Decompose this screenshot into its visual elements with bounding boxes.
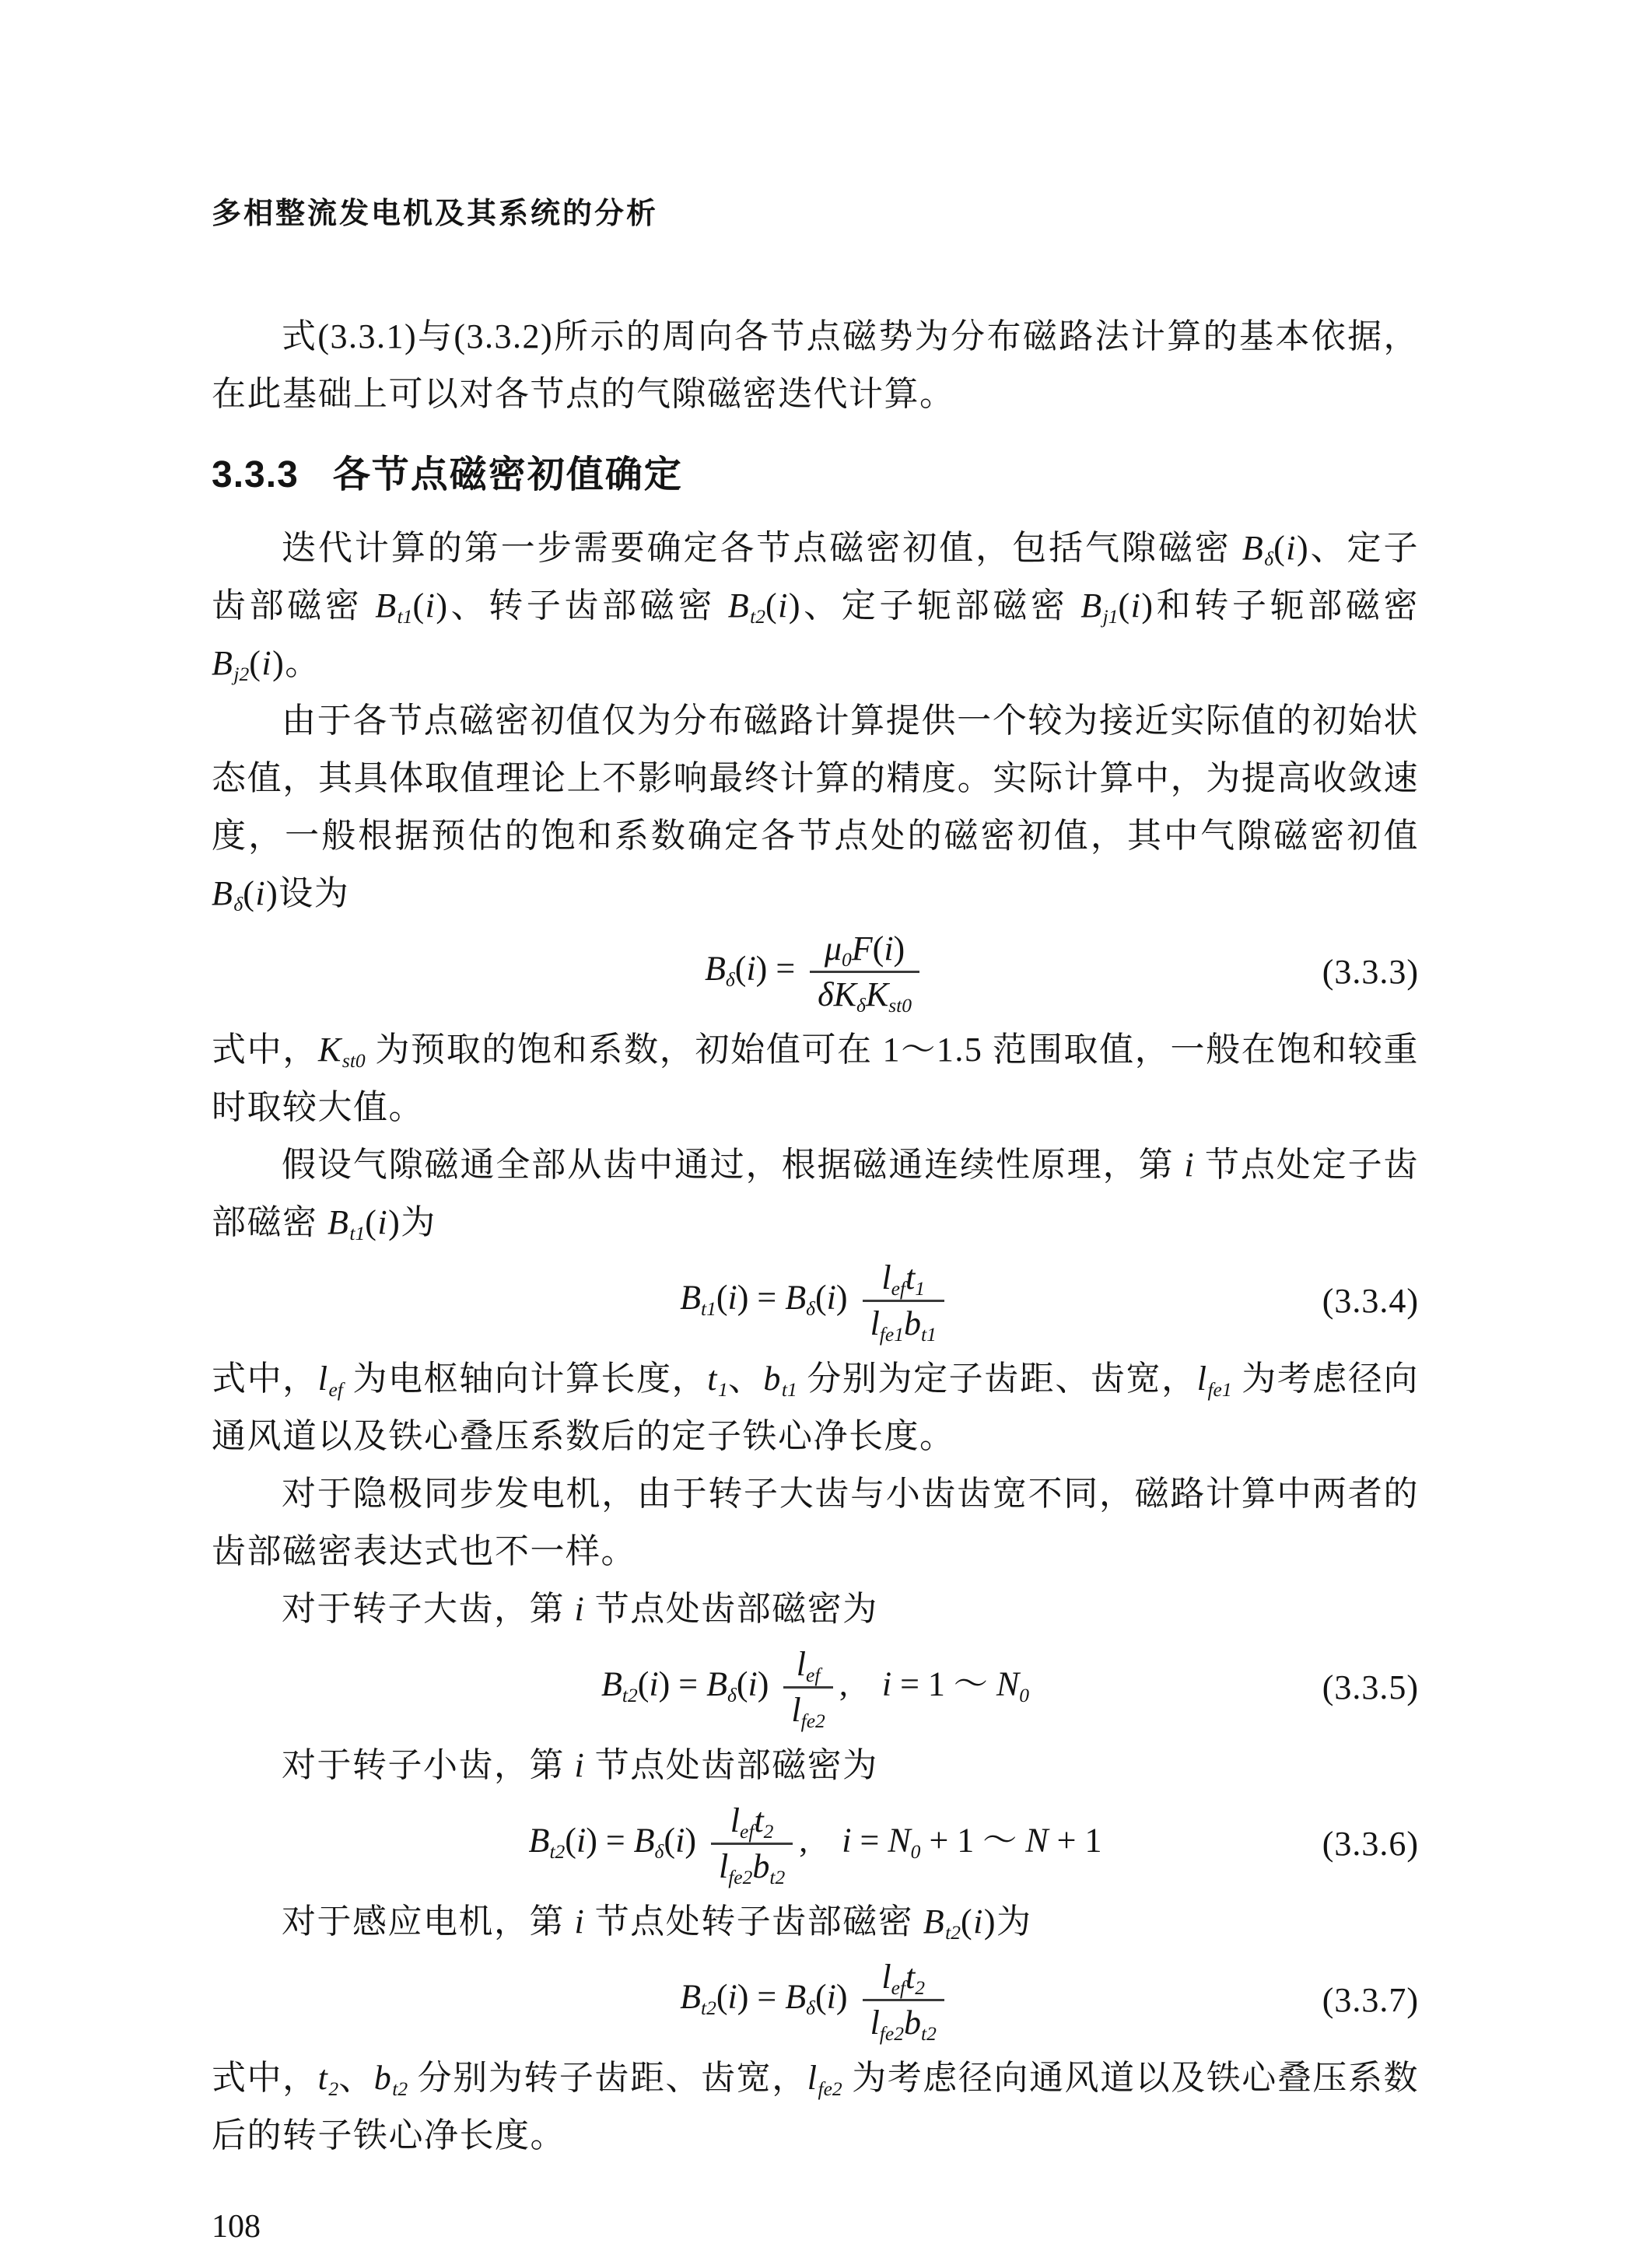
math-subscript: t2 [622, 1684, 638, 1706]
math-subscript: δ [1264, 548, 1273, 570]
math-variable: i [884, 929, 893, 968]
math-variable: B [680, 1978, 701, 2016]
fraction-numerator: μ0F(i) [817, 927, 912, 971]
math-variable: B [728, 586, 750, 625]
math-variable: l [870, 2004, 880, 2042]
math-subscript: fe2 [818, 2077, 842, 2100]
paragraph: 对于转子大齿，第 i 节点处齿部磁密为 [212, 1580, 1419, 1638]
math-variable: K [866, 975, 888, 1013]
equation-number: (3.3.4) [1322, 1279, 1419, 1323]
equation-number: (3.3.5) [1322, 1666, 1419, 1710]
equation-number: (3.3.7) [1322, 1979, 1419, 2022]
fraction-numerator: left2 [874, 1955, 933, 1999]
math-variable: i [649, 1665, 658, 1703]
math-subscript: ef [328, 1378, 342, 1401]
section-heading: 3.3.3各节点磁密初值确定 [212, 451, 1419, 499]
math-variable: i [728, 1978, 737, 2016]
math-variable: i [575, 1590, 586, 1628]
equation-formula: Bt2(i) = Bδ(i) left2lfe2bt2 [680, 1955, 951, 2045]
math-subscript: st0 [888, 994, 912, 1017]
math-subscript: t1 [349, 1222, 365, 1244]
math-variable: B [785, 1978, 806, 2016]
math-subscript: fe1 [880, 1323, 904, 1346]
equation-formula: Bδ(i) = μ0F(i)δKδKst0 [705, 927, 926, 1017]
math-variable: i [1286, 529, 1297, 567]
paragraph: 式(3.3.1)与(3.3.2)所示的周向各节点磁势为分布磁路法计算的基本依据，… [212, 308, 1419, 423]
math-subscript: t1 [782, 1378, 797, 1401]
math-subscript: t1 [397, 605, 413, 628]
page-number: 108 [212, 2208, 1419, 2245]
math-subscript: δ [233, 893, 243, 915]
math-variable: i [261, 644, 272, 682]
running-head-title: 多相整流发电机及其系统的分析 [212, 189, 1419, 232]
math-variable: N [996, 1665, 1019, 1703]
equation: Bδ(i) = μ0F(i)δKδKst0(3.3.3) [212, 927, 1419, 1017]
math-subscript: δ [856, 994, 866, 1017]
paragraph: 式中，lef 为电枢轴向计算长度，t1、bt1 分别为定子齿距、齿宽，lfe1 … [212, 1350, 1419, 1465]
math-variable: i [973, 1902, 984, 1941]
equation: Bt2(i) = Bδ(i) left2lfe2bt2, i = N0 + 1 … [212, 1799, 1419, 1888]
math-subscript: fe2 [728, 1866, 752, 1888]
fraction-denominator: lfe2 [783, 1686, 832, 1732]
math-variable: B [705, 950, 726, 988]
fraction: leflfe2 [783, 1643, 832, 1732]
math-variable: B [601, 1665, 622, 1703]
math-subscript: t2 [769, 1866, 785, 1888]
math-subscript: 0 [842, 948, 852, 971]
equation-number: (3.3.3) [1322, 950, 1419, 994]
math-subscript: δ [806, 1297, 815, 1320]
math-subscript: j2 [233, 663, 249, 685]
math-subscript: t2 [750, 605, 765, 628]
math-variable: B [785, 1279, 806, 1317]
math-variable: l [730, 1801, 740, 1839]
math-variable: B [923, 1902, 945, 1941]
math-variable: b [763, 1360, 782, 1398]
math-variable: B [634, 1822, 655, 1860]
math-variable: i [882, 1665, 891, 1703]
math-variable: i [377, 1203, 388, 1241]
math-variable: l [797, 1645, 806, 1683]
math-variable: N [1025, 1822, 1048, 1860]
math-variable: i [728, 1279, 737, 1317]
math-subscript: fe2 [801, 1710, 825, 1732]
fraction-numerator: left1 [874, 1256, 933, 1300]
math-variable: t [707, 1360, 718, 1398]
math-subscript: 2 [764, 1820, 774, 1843]
math-subscript: j1 [1103, 605, 1119, 628]
math-variable: b [752, 1847, 769, 1885]
math-variable: i [1131, 586, 1142, 625]
math-subscript: δ [726, 968, 735, 991]
fraction: μ0F(i)δKδKst0 [810, 927, 919, 1017]
paragraph: 对于感应电机，第 i 节点处转子齿部磁密 Bt2(i)为 [212, 1893, 1419, 1951]
fraction: left2lfe2bt2 [863, 1955, 944, 2045]
math-subscript: 1 [915, 1277, 925, 1300]
math-variable: l [719, 1847, 728, 1885]
math-subscript: ef [806, 1664, 820, 1686]
math-variable: B [327, 1203, 349, 1241]
math-subscript: ef [891, 1277, 905, 1300]
math-variable: B [1080, 586, 1102, 625]
math-subscript: t1 [921, 1323, 937, 1346]
math-variable: i [255, 874, 266, 912]
equation-formula: Bt1(i) = Bδ(i) left1lfe1bt1 [680, 1256, 951, 1346]
math-subscript: 2 [328, 2077, 338, 2100]
math-subscript: δ [806, 1997, 815, 2019]
math-variable: B [375, 586, 397, 625]
math-variable: t [905, 1958, 915, 1996]
math-subscript: fe1 [1207, 1378, 1231, 1401]
paragraph: 假设气隙磁通全部从齿中通过，根据磁通连续性原理，第 i 节点处定子齿部磁密 Bt… [212, 1136, 1419, 1251]
math-variable: t [905, 1258, 915, 1297]
math-subscript: ef [740, 1820, 754, 1843]
paragraph: 迭代计算的第一步需要确定各节点磁密初值，包括气隙磁密 Bδ(i)、定子齿部磁密 … [212, 520, 1419, 692]
section-title: 各节点磁密初值确定 [333, 454, 683, 495]
equation: Bt2(i) = Bδ(i) leflfe2, i = 1 ～ N0(3.3.5… [212, 1643, 1419, 1732]
math-variable: B [680, 1279, 701, 1317]
book-page: 多相整流发电机及其系统的分析 式(3.3.1)与(3.3.2)所示的周向各节点磁… [0, 0, 1625, 2268]
math-subscript: 0 [911, 1840, 921, 1863]
equation: Bt2(i) = Bδ(i) left2lfe2bt2(3.3.7) [212, 1955, 1419, 2045]
math-variable: B [212, 644, 233, 682]
math-subscript: t2 [392, 2077, 408, 2100]
fraction-denominator: lfe2bt2 [863, 1999, 944, 2045]
math-subscript: 2 [915, 1976, 925, 1999]
math-subscript: t1 [701, 1297, 716, 1320]
math-variable: i [426, 586, 436, 625]
math-subscript: δ [655, 1840, 664, 1863]
math-variable: i [842, 1822, 851, 1860]
math-variable: i [748, 1665, 758, 1703]
fraction-numerator: left2 [723, 1799, 782, 1843]
math-variable: i [675, 1822, 685, 1860]
math-subscript: ef [891, 1976, 905, 1999]
math-variable: i [575, 1902, 586, 1941]
fraction-denominator: δKδKst0 [810, 971, 919, 1017]
fraction-denominator: lfe2bt2 [711, 1843, 793, 1888]
math-variable: i [1184, 1146, 1195, 1184]
math-variable: i [827, 1279, 836, 1317]
section-number: 3.3.3 [212, 454, 299, 495]
math-variable: K [834, 975, 856, 1013]
math-variable: l [1197, 1360, 1208, 1398]
math-variable: l [807, 2059, 818, 2097]
fraction-denominator: lfe1bt1 [863, 1300, 944, 1346]
math-variable: l [881, 1258, 891, 1297]
math-variable: N [888, 1822, 910, 1860]
paragraph: 对于转子小齿，第 i 节点处齿部磁密为 [212, 1737, 1419, 1794]
paragraph: 由于各节点磁密初值仅为分布磁路计算提供一个较为接近实际值的初始状态值，其具体取值… [212, 692, 1419, 922]
math-subscript: t2 [549, 1840, 565, 1863]
math-subscript: 0 [1019, 1684, 1029, 1706]
math-variable: l [881, 1958, 891, 1996]
fraction-numerator: lef [789, 1643, 828, 1686]
fraction: left1lfe1bt1 [863, 1256, 944, 1346]
math-variable: B [706, 1665, 727, 1703]
fraction: left2lfe2bt2 [711, 1799, 793, 1888]
math-variable: i [746, 950, 755, 988]
math-variable: l [870, 1304, 880, 1342]
equation-formula: Bt2(i) = Bδ(i) left2lfe2bt2, i = N0 + 1 … [529, 1799, 1102, 1888]
math-subscript: st0 [342, 1049, 366, 1072]
math-subscript: t2 [945, 1921, 961, 1944]
math-variable: B [529, 1822, 550, 1860]
page-body: 多相整流发电机及其系统的分析 式(3.3.1)与(3.3.2)所示的周向各节点磁… [212, 189, 1419, 2245]
math-subscript: δ [727, 1684, 737, 1706]
math-variable: i [778, 586, 789, 625]
math-variable: B [1242, 529, 1264, 567]
math-variable: i [576, 1822, 586, 1860]
math-subscript: t2 [921, 2022, 937, 2045]
math-variable: B [212, 874, 233, 912]
math-variable: l [318, 1360, 329, 1398]
equation-number: (3.3.6) [1322, 1822, 1419, 1866]
math-variable: l [791, 1691, 800, 1729]
math-variable: t [318, 2059, 329, 2097]
math-variable: t [754, 1801, 763, 1839]
page-content: 式(3.3.1)与(3.3.2)所示的周向各节点磁势为分布磁路法计算的基本依据，… [212, 308, 1419, 2165]
math-subscript: t2 [701, 1997, 716, 2019]
equation-formula: Bt2(i) = Bδ(i) leflfe2, i = 1 ～ N0 [601, 1643, 1029, 1732]
equation: Bt1(i) = Bδ(i) left1lfe1bt1(3.3.4) [212, 1256, 1419, 1346]
math-variable: K [318, 1031, 342, 1069]
math-variable: i [575, 1746, 586, 1784]
math-variable: δ [818, 975, 833, 1013]
math-variable: b [374, 2059, 393, 2097]
paragraph: 式中，t2、bt2 分别为转子齿距、齿宽，lfe2 为考虑径向通风道以及铁心叠压… [212, 2049, 1419, 2165]
math-variable: b [904, 2004, 921, 2042]
math-subscript: 1 [718, 1378, 728, 1401]
math-variable: i [827, 1978, 836, 2016]
paragraph: 对于隐极同步发电机，由于转子大齿与小齿齿宽不同，磁路计算中两者的齿部磁密表达式也… [212, 1465, 1419, 1580]
math-subscript: fe2 [880, 2022, 904, 2045]
math-variable: μ [825, 929, 842, 968]
math-variable: b [904, 1304, 921, 1342]
math-variable: F [852, 929, 873, 968]
paragraph: 式中，Kst0 为预取的饱和系数，初始值可在 1～1.5 范围取值，一般在饱和较… [212, 1021, 1419, 1136]
